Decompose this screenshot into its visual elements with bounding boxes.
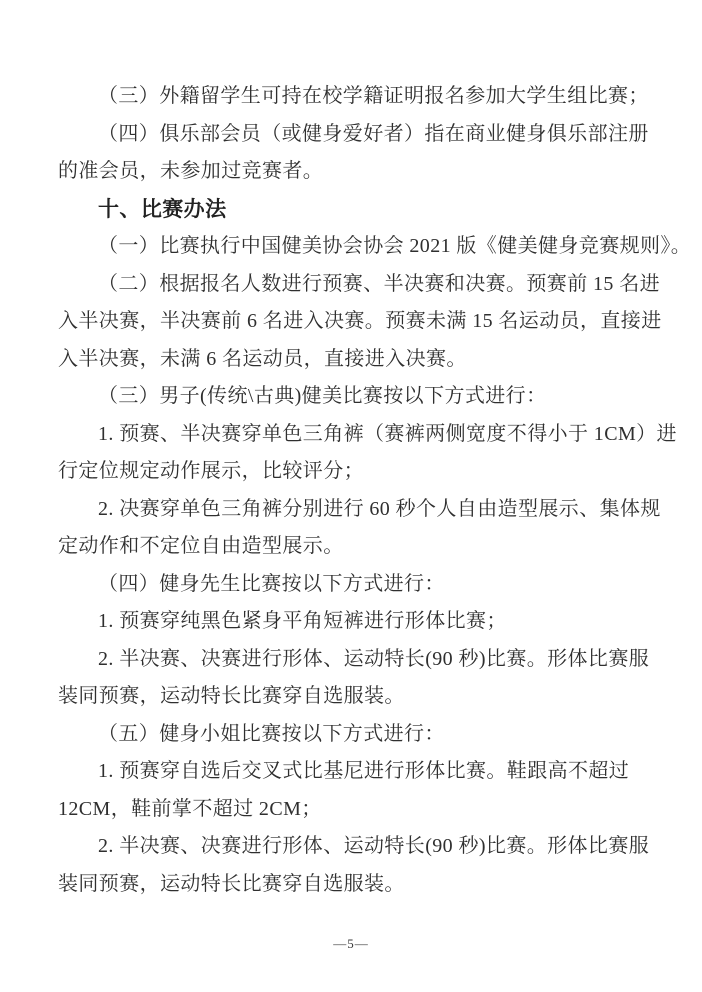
text-line-12: 2. 决赛穿单色三角裤分别进行 60 秒个人自由造型展示、集体规 [58, 491, 638, 529]
text-line-21: 2. 半决赛、决赛进行形体、运动特长(90 秒)比赛。形体比赛服 [58, 828, 638, 866]
text-line-11: 行定位规定动作展示，比较评分； [58, 453, 638, 491]
document-body: （三）外籍留学生可持在校学籍证明报名参加大学生组比赛；（四）俱乐部会员（或健身爱… [58, 78, 638, 903]
text-line-6: （二）根据报名人数进行预赛、半决赛和决赛。预赛前 15 名进 [58, 266, 638, 304]
text-line-17: 装同预赛，运动特长比赛穿自选服装。 [58, 678, 638, 716]
text-line-15: 1. 预赛穿纯黑色紧身平角短裤进行形体比赛； [58, 603, 638, 641]
text-line-19: 1. 预赛穿自选后交叉式比基尼进行形体比赛。鞋跟高不超过 [58, 753, 638, 791]
text-line-14: （四）健身先生比赛按以下方式进行： [58, 566, 638, 604]
text-line-10: 1. 预赛、半决赛穿单色三角裤（赛裤两侧宽度不得小于 1CM）进 [58, 416, 638, 454]
section-heading: 十、比赛办法 [58, 191, 638, 229]
text-line-9: （三）男子(传统\古典)健美比赛按以下方式进行： [58, 378, 638, 416]
text-line-22: 装同预赛，运动特长比赛穿自选服装。 [58, 866, 638, 904]
text-line-7: 入半决赛，半决赛前 6 名进入决赛。预赛未满 15 名运动员，直接进 [58, 303, 638, 341]
text-line-1: （三）外籍留学生可持在校学籍证明报名参加大学生组比赛； [58, 78, 638, 116]
text-line-13: 定动作和不定位自由造型展示。 [58, 528, 638, 566]
page-number: —5— [0, 936, 702, 952]
text-line-18: （五）健身小姐比赛按以下方式进行： [58, 716, 638, 754]
text-line-3: 的准会员，未参加过竞赛者。 [58, 153, 638, 191]
text-line-16: 2. 半决赛、决赛进行形体、运动特长(90 秒)比赛。形体比赛服 [58, 641, 638, 679]
text-line-20: 12CM，鞋前掌不超过 2CM； [58, 791, 638, 829]
document-page: （三）外籍留学生可持在校学籍证明报名参加大学生组比赛；（四）俱乐部会员（或健身爱… [0, 0, 702, 992]
text-line-5: （一）比赛执行中国健美协会协会 2021 版《健美健身竞赛规则》。 [58, 228, 638, 266]
text-line-2: （四）俱乐部会员（或健身爱好者）指在商业健身俱乐部注册 [58, 116, 638, 154]
text-line-8: 入半决赛，未满 6 名运动员，直接进入决赛。 [58, 341, 638, 379]
